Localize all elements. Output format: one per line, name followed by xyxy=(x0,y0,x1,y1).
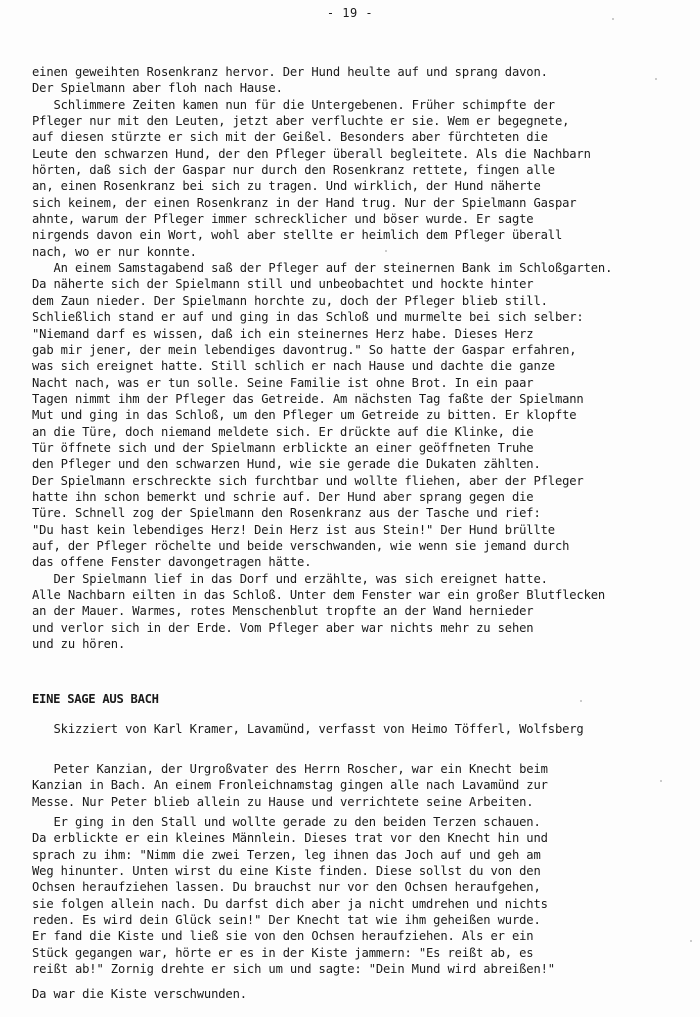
text-line: Leute den schwarzen Hund, der den Pflege… xyxy=(32,146,679,162)
text-line: an der Mauer. Warmes, rotes Menschenblut… xyxy=(32,603,679,619)
text-line: auf, der Pfleger röchelte und beide vers… xyxy=(32,538,679,554)
text-line: einen geweihten Rosenkranz hervor. Der H… xyxy=(32,64,679,80)
text-line: Tür öffnete sich und der Spielmann erbli… xyxy=(32,440,679,456)
text-line: gab mir jener, der mein lebendiges davon… xyxy=(32,342,679,358)
text-line: Peter Kanzian, der Urgroßvater des Herrn… xyxy=(32,761,679,777)
text-line: Nacht nach, was er tun solle. Seine Fami… xyxy=(32,375,679,391)
scan-speck xyxy=(660,780,662,782)
page-number: - 19 - xyxy=(0,6,700,20)
text-line: An einem Samstagabend saß der Pfleger au… xyxy=(32,260,679,276)
story-2-paragraph-1: Peter Kanzian, der Urgroßvater des Herrn… xyxy=(32,761,692,810)
scan-speck xyxy=(655,78,657,80)
text-line: nirgends davon ein Wort, wohl aber stell… xyxy=(32,227,679,243)
text-line: Mut und ging in das Schloß, um den Pfleg… xyxy=(32,407,679,423)
text-line: ahnte, warum der Pfleger immer schreckli… xyxy=(32,211,679,227)
text-line: was sich ereignet hatte. Still schlich e… xyxy=(32,358,679,374)
text-line: Er fand die Kiste und ließ sie von den O… xyxy=(32,928,679,944)
scan-speck xyxy=(385,250,387,252)
text-line: Ochsen heraufziehen lassen. Du brauchst … xyxy=(32,879,679,895)
text-line: Schlimmere Zeiten kamen nun für die Unte… xyxy=(32,97,679,113)
document-page: - 19 - einen geweihten Rosenkranz hervor… xyxy=(0,0,700,1017)
text-line: das offene Fenster davongetragen hätte. xyxy=(32,554,679,570)
text-line: und verlor sich in der Erde. Vom Pfleger… xyxy=(32,620,679,636)
text-line: Er ging in den Stall und wollte gerade z… xyxy=(32,814,679,830)
text-line: und zu hören. xyxy=(32,636,679,652)
text-line: den Pfleger und den schwarzen Hund, wie … xyxy=(32,456,679,472)
byline: Skizziert von Karl Kramer, Lavamünd, ver… xyxy=(32,721,584,737)
text-line: "Du hast kein lebendiges Herz! Dein Herz… xyxy=(32,522,679,538)
text-line: Türe. Schnell zog der Spielmann den Rose… xyxy=(32,505,679,521)
text-line: Kanzian in Bach. An einem Fronleichnamst… xyxy=(32,777,679,793)
text-line: Weg hinunter. Unten wirst du eine Kiste … xyxy=(32,863,679,879)
text-line: Da näherte sich der Spielmann still und … xyxy=(32,276,679,292)
text-line: dem Zaun nieder. Der Spielmann horchte z… xyxy=(32,293,679,309)
text-line: Schließlich stand er auf und ging in das… xyxy=(32,309,679,325)
text-line: reden. Es wird dein Glück sein!" Der Kne… xyxy=(32,912,679,928)
story-2-paragraph-2: Er ging in den Stall und wollte gerade z… xyxy=(32,814,692,977)
text-line: Alle Nachbarn eilten in das Schloß. Unte… xyxy=(32,587,679,603)
text-line: reißt ab!" Zornig drehte er sich um und … xyxy=(32,961,679,977)
scan-speck xyxy=(580,700,582,702)
scan-speck xyxy=(612,18,614,20)
text-line: sprach zu ihm: "Nimm die zwei Terzen, le… xyxy=(32,847,679,863)
text-line: auf diesen stürzte er sich mit der Geiße… xyxy=(32,129,679,145)
text-line: sie folgen allein nach. Du darfst dich a… xyxy=(32,896,679,912)
text-line: Tagen nimmt ihm der Pfleger das Getreide… xyxy=(32,391,679,407)
section-heading: EINE SAGE AUS BACH xyxy=(32,692,159,706)
text-line: hatte ihn schon bemerkt und schrie auf. … xyxy=(32,489,679,505)
text-line: Da erblickte er ein kleines Männlein. Di… xyxy=(32,830,679,846)
text-line: Der Spielmann lief in das Dorf und erzäh… xyxy=(32,571,679,587)
text-line: Der Spielmann aber floh nach Hause. xyxy=(32,80,679,96)
text-line: an die Türe, doch niemand meldete sich. … xyxy=(32,424,679,440)
text-line: "Niemand darf es wissen, daß ich ein ste… xyxy=(32,326,679,342)
scan-speck xyxy=(690,940,692,942)
text-line: Der Spielmann erschreckte sich furchtbar… xyxy=(32,473,679,489)
closing-line: Da war die Kiste verschwunden. xyxy=(32,986,247,1002)
text-line: hörten, daß sich der Gaspar nur durch de… xyxy=(32,162,679,178)
text-line: sich keinem, der einen Rosenkranz in der… xyxy=(32,195,679,211)
text-line: nach, wo er nur konnte. xyxy=(32,244,679,260)
story-1-text: einen geweihten Rosenkranz hervor. Der H… xyxy=(32,64,692,652)
text-line: Stück gegangen war, hörte er es in der K… xyxy=(32,945,679,961)
text-line: Pfleger nur mit den Leuten, jetzt aber v… xyxy=(32,113,679,129)
text-line: an, einen Rosenkranz bei sich zu tragen.… xyxy=(32,178,679,194)
text-line: Messe. Nur Peter blieb allein zu Hause u… xyxy=(32,794,679,810)
